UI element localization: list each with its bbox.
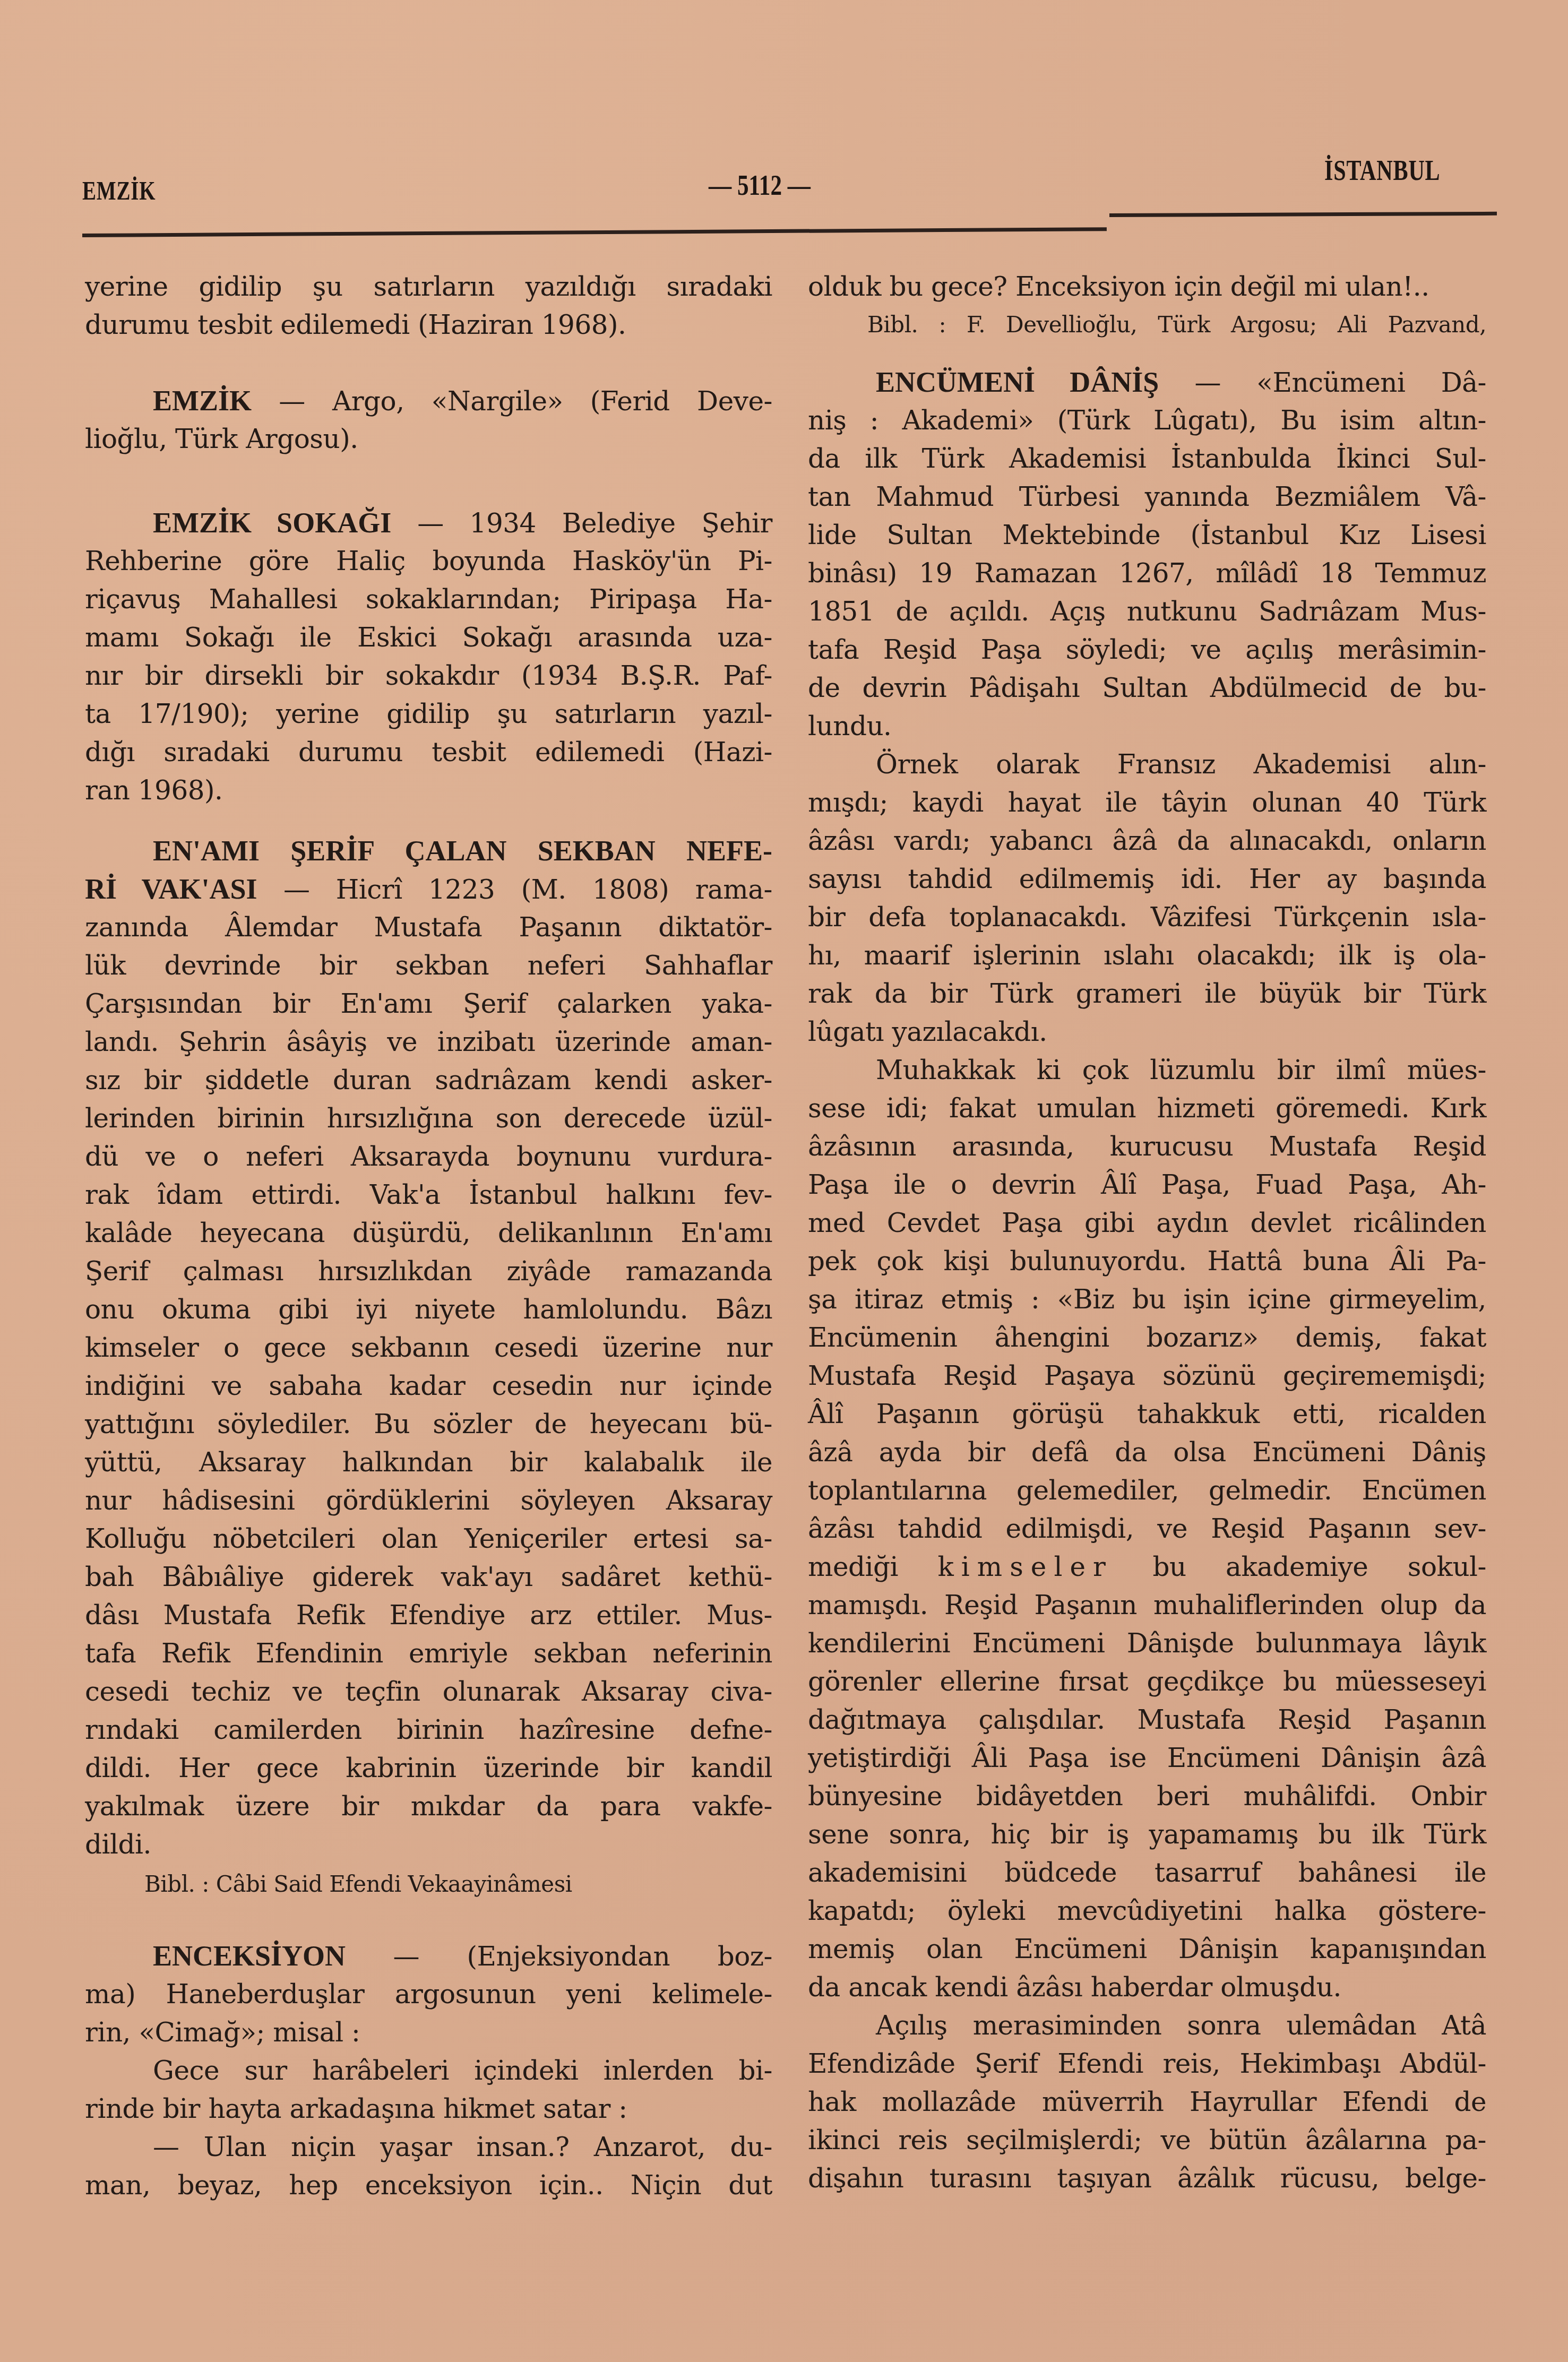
text-fragment: binâsı) 19 Ramazan 1267, mîlâdî 18 Temmu… xyxy=(808,558,1486,589)
entry-title: ENCÜMENİ DÂNİŞ xyxy=(876,366,1159,398)
text-fragment: Muhakkak ki çok lüzumlu bir ilmî mües- xyxy=(876,1055,1486,1085)
text-line: riçavuş Mahallesi sokaklarından; Piripaş… xyxy=(85,583,772,615)
text-fragment: görenler ellerine fırsat geçdikçe bu müe… xyxy=(808,1666,1486,1697)
text-fragment: bah Bâbıâliye giderek vak'ayı sadâret ke… xyxy=(85,1562,772,1592)
entry-title: EMZİK SOKAĞI xyxy=(153,507,391,539)
text-fragment: man, beyaz, hep enceksiyon için.. Niçin … xyxy=(85,2170,772,2201)
text-fragment: ran 1968). xyxy=(85,775,222,806)
text-fragment: Açılış merasiminden sonra ulemâdan Atâ xyxy=(876,2010,1486,2041)
text-line: dağıtmaya çalışdılar. Mustafa Reşid Paşa… xyxy=(808,1704,1486,1736)
text-line: lide Sultan Mektebinde (İstanbul Kız Lis… xyxy=(808,519,1486,551)
entry-heading-line: Rİ VAK'ASI — Hicrî 1223 (M. 1808) rama- xyxy=(85,873,772,905)
text-fragment: ma) Haneberduşlar argosunun yeni kelimel… xyxy=(85,1979,772,2010)
text-line: âzâsının arasında, kurucusu Mustafa Reşi… xyxy=(808,1131,1486,1162)
text-fragment: tafa Reşid Paşa söyledi; ve açılış merâs… xyxy=(808,634,1486,665)
running-head-right: İSTANBUL xyxy=(1324,154,1440,187)
text-line: — Ulan niçin yaşar insan.? Anzarot, du- xyxy=(85,2131,772,2163)
bibliography-line: Bibl. : F. Devellioğlu, Türk Argosu; Ali… xyxy=(808,309,1486,341)
text-fragment: Efendizâde Şerif Efendi reis, Hekimbaşı … xyxy=(808,2048,1486,2079)
text-fragment: Âlî Paşanın görüşü tahakkuk etti, ricald… xyxy=(808,1399,1486,1429)
text-line: bah Bâbıâliye giderek vak'ayı sadâret ke… xyxy=(85,1561,772,1593)
text-fragment: Rehberine göre Haliç boyunda Hasköy'ün P… xyxy=(85,546,772,576)
text-fragment: rak îdam ettirdi. Vak'a İstanbul halkını… xyxy=(85,1179,772,1210)
text-fragment: yattığını söylediler. Bu sözler de heyec… xyxy=(85,1409,772,1439)
text-fragment: dığı sıradaki durumu tesbit edilemedi (H… xyxy=(85,737,772,768)
text-line: ran 1968). xyxy=(85,774,772,806)
text-fragment: bir defa toplanacakdı. Vâzifesi Türkçeni… xyxy=(808,902,1486,933)
text-line: yetiştirdiği Âli Paşa ise Encümeni Dâniş… xyxy=(808,1742,1486,1774)
text-fragment: onu okuma gibi iyi niyete hamlolundu. Bâ… xyxy=(85,1294,772,1325)
text-fragment: ta 17/190); yerine gidilip şu satırların… xyxy=(85,699,772,729)
text-line: sız bir şiddetle duran sadrıâzam kendi a… xyxy=(85,1064,772,1096)
text-line: zanında Âlemdar Mustafa Paşanın diktatör… xyxy=(85,911,772,943)
text-line: lundu. xyxy=(808,710,1486,742)
text-line: olduk bu gece? Enceksiyon için değil mi … xyxy=(808,271,1486,303)
text-line: Rehberine göre Haliç boyunda Hasköy'ün P… xyxy=(85,545,772,577)
text-fragment: mışdı; kaydi hayat ile tâyin olunan 40 T… xyxy=(808,787,1486,818)
text-line: Âlî Paşanın görüşü tahakkuk etti, ricald… xyxy=(808,1398,1486,1430)
text-line: âzâsı vardı; yabancı âzâ da alınacakdı, … xyxy=(808,825,1486,857)
text-line: kapatdı; öyleki mevcûdiyetini halka göst… xyxy=(808,1895,1486,1927)
running-head-left: EMZİK xyxy=(82,175,156,206)
text-line: yüttü, Aksaray halkından bir kalabalık i… xyxy=(85,1446,772,1478)
text-fragment: Şerif çalması hırsızlıkdan ziyâde ramaza… xyxy=(85,1256,772,1287)
entry-title: ENCEKSİYON xyxy=(153,1940,346,1972)
text-fragment: Bibl. : F. Devellioğlu, Türk Argosu; Ali… xyxy=(867,312,1486,338)
text-fragment: akademisini büdcede tasarruf bahânesi il… xyxy=(808,1857,1486,1888)
text-fragment: hı, maarif işlerinin ıslahı olacakdı; il… xyxy=(808,940,1486,971)
text-fragment: dişahın turasını taşıyan âzâlık rücusu, … xyxy=(808,2163,1486,2194)
text-line: akademisini büdcede tasarruf bahânesi il… xyxy=(808,1857,1486,1889)
text-fragment: rındaki camilerden birinin hazîresine de… xyxy=(85,1714,772,1745)
text-fragment: yetiştirdiği Âli Paşa ise Encümeni Dâniş… xyxy=(808,1743,1486,1773)
text-line: bünyesine bidâyetden beri muhâlifdi. Onb… xyxy=(808,1780,1486,1812)
text-line: memiş olan Encümeni Dânişin kapanışından xyxy=(808,1933,1486,1965)
text-fragment: cesedi techiz ve teçfin olunarak Aksaray… xyxy=(85,1676,772,1707)
text-line: rinde bir hayta arkadaşına hikmet satar … xyxy=(85,2093,772,2125)
text-fragment: Çarşısından bir En'amı Şerif çalarken ya… xyxy=(85,988,772,1019)
text-line: âzâ ayda bir defâ da olsa Encümeni Dâniş xyxy=(808,1436,1486,1468)
text-fragment: dü ve o neferi Aksarayda boynunu vurdura… xyxy=(85,1141,772,1172)
text-fragment: yakılmak üzere bir mıkdar da para vakfe- xyxy=(85,1791,772,1822)
text-line: sese idi; fakat umulan hizmeti göremedi.… xyxy=(808,1092,1486,1124)
text-line: 1851 de açıldı. Açış nutkunu Sadrıâzam M… xyxy=(808,596,1486,627)
text-line: mamışdı. Reşid Paşanın muhaliflerinden o… xyxy=(808,1589,1486,1621)
text-line: cesedi techiz ve teçfin olunarak Aksaray… xyxy=(85,1676,772,1708)
text-line: sayısı tahdid edilmemiş idi. Her ay başı… xyxy=(808,863,1486,895)
entry-heading-line: ENCEKSİYON — (Enjeksiyondan boz- xyxy=(85,1940,772,1972)
text-fragment: bu akademiye sokul- xyxy=(1113,1551,1486,1582)
text-fragment: Kolluğu nöbetcileri olan Yeniçeriler ert… xyxy=(85,1523,772,1554)
text-fragment: — (Enjeksiyondan boz- xyxy=(346,1941,772,1972)
text-line: şa itiraz etmiş : «Biz bu işin içine gir… xyxy=(808,1283,1486,1315)
entry-heading-line: EN'AMI ŞERİF ÇALAN SEKBAN NEFE- xyxy=(85,835,772,867)
text-fragment: zanında Âlemdar Mustafa Paşanın diktatör… xyxy=(85,912,772,943)
text-fragment: med Cevdet Paşa gibi aydın devlet ricâli… xyxy=(808,1208,1486,1238)
text-line: bir defa toplanacakdı. Vâzifesi Türkçeni… xyxy=(808,901,1486,933)
text-line: dâsı Mustafa Refik Efendiye arz ettiler.… xyxy=(85,1599,772,1631)
text-line: Efendizâde Şerif Efendi reis, Hekimbaşı … xyxy=(808,2048,1486,2080)
text-fragment: tafa Refik Efendinin emriyle sekban nefe… xyxy=(85,1638,772,1669)
text-line: durumu tesbit edilemedi (Haziran 1968). xyxy=(85,309,772,341)
text-fragment: Gece sur harâbeleri içindeki inlerden bi… xyxy=(153,2055,772,2086)
text-line: toplantılarına gelemediler, gelmedir. En… xyxy=(808,1475,1486,1506)
text-fragment: ikinci reis seçilmişlerdi; ve bütün âzâl… xyxy=(808,2125,1486,2156)
text-fragment: kalâde heyecana düşürdü, delikanlının En… xyxy=(85,1218,772,1248)
text-fragment: âzâsı vardı; yabancı âzâ da alınacakdı, … xyxy=(808,825,1486,856)
text-fragment: — «Encümeni Dâ- xyxy=(1159,367,1486,398)
text-fragment: âzâsının arasında, kurucusu Mustafa Reşi… xyxy=(808,1131,1486,1162)
bibliography-line: Bibl. : Câbi Said Efendi Vekaayinâmesi xyxy=(85,1868,772,1900)
text-line: tan Mahmud Türbesi yanında Bezmiâlem Vâ- xyxy=(808,481,1486,513)
text-line: Çarşısından bir En'amı Şerif çalarken ya… xyxy=(85,988,772,1020)
emphasized-spaced-word: kimseler xyxy=(937,1551,1113,1582)
text-fragment: Paşa ile o devrin Âlî Paşa, Fuad Paşa, A… xyxy=(808,1169,1486,1200)
text-line: nır bir dirsekli bir sokakdır (1934 B.Ş.… xyxy=(85,660,772,692)
text-fragment: sese idi; fakat umulan hizmeti göremedi.… xyxy=(808,1093,1486,1124)
text-fragment: — Argo, «Nargile» (Ferid Deve- xyxy=(252,386,772,417)
text-fragment: yerine gidilip şu satırların yazıldığı s… xyxy=(85,271,772,302)
text-line: yakılmak üzere bir mıkdar da para vakfe- xyxy=(85,1790,772,1822)
text-fragment: sız bir şiddetle duran sadrıâzam kendi a… xyxy=(85,1065,772,1096)
text-fragment: rak da bir Türk grameri ile büyük bir Tü… xyxy=(808,978,1486,1009)
text-fragment: dâsı Mustafa Refik Efendiye arz ettiler.… xyxy=(85,1600,772,1631)
text-fragment: pek çok kişi bulunuyordu. Hattâ buna Âli… xyxy=(808,1246,1486,1277)
text-line: yerine gidilip şu satırların yazıldığı s… xyxy=(85,271,772,303)
text-line: binâsı) 19 Ramazan 1267, mîlâdî 18 Temmu… xyxy=(808,557,1486,589)
text-line: lük devrinde bir sekban neferi Sahhaflar xyxy=(85,950,772,981)
text-fragment: kendilerini Encümeni Dânişde bulunmaya l… xyxy=(808,1628,1486,1659)
text-fragment: lerinden birinin hırsızlığına son derece… xyxy=(85,1103,772,1134)
text-line: Muhakkak ki çok lüzumlu bir ilmî mües- xyxy=(808,1054,1486,1086)
text-fragment: lûgatı yazılacakdı. xyxy=(808,1016,1047,1047)
text-fragment: rinde bir hayta arkadaşına hikmet satar … xyxy=(85,2093,627,2124)
text-fragment: Encümenin âhengini bozarız» demiş, fakat xyxy=(808,1322,1486,1353)
text-fragment: dağıtmaya çalışdılar. Mustafa Reşid Paşa… xyxy=(808,1704,1486,1735)
text-line: pek çok kişi bulunuyordu. Hattâ buna Âli… xyxy=(808,1245,1486,1277)
entry-heading-line: EMZİK — Argo, «Nargile» (Ferid Deve- xyxy=(85,385,772,417)
text-fragment: dildi. xyxy=(85,1829,151,1860)
text-line: landı. Şehrin âsâyiş ve inzibatı üzerind… xyxy=(85,1026,772,1058)
text-fragment: indiğini ve sabaha kadar cesedin nur içi… xyxy=(85,1370,772,1401)
text-line: rak îdam ettirdi. Vak'a İstanbul halkını… xyxy=(85,1179,772,1211)
text-line: görenler ellerine fırsat geçdikçe bu müe… xyxy=(808,1666,1486,1697)
text-fragment: olduk bu gece? Enceksiyon için değil mi … xyxy=(808,271,1429,302)
text-fragment: toplantılarına gelemediler, gelmedir. En… xyxy=(808,1475,1486,1506)
text-fragment: hak mollazâde müverrih Hayrullar Efendi … xyxy=(808,2087,1486,2117)
text-line: nur hâdisesini gördüklerini söyleyen Aks… xyxy=(85,1485,772,1516)
text-line: ma) Haneberduşlar argosunun yeni kelimel… xyxy=(85,1978,772,2010)
text-line: onu okuma gibi iyi niyete hamlolundu. Bâ… xyxy=(85,1294,772,1325)
page-number: — 5112 — xyxy=(709,169,811,202)
text-fragment: Mustafa Reşid Paşaya sözünü geçirememişd… xyxy=(808,1360,1486,1391)
text-line: dığı sıradaki durumu tesbit edilemedi (H… xyxy=(85,736,772,768)
text-fragment: tan Mahmud Türbesi yanında Bezmiâlem Vâ- xyxy=(808,481,1486,512)
text-fragment: lide Sultan Mektebinde (İstanbul Kız Lis… xyxy=(808,520,1486,550)
text-line: tafa Refik Efendinin emriyle sekban nefe… xyxy=(85,1637,772,1669)
header-rule-right xyxy=(1109,212,1497,217)
text-line: âzâsı tahdid edilmişdi, ve Reşid Paşanın… xyxy=(808,1513,1486,1545)
text-line: dü ve o neferi Aksarayda boynunu vurdura… xyxy=(85,1141,772,1173)
text-fragment: memiş olan Encümeni Dânişin kapanışından xyxy=(808,1934,1486,1964)
text-line: Örnek olarak Fransız Akademisi alın- xyxy=(808,748,1486,780)
text-fragment: riçavuş Mahallesi sokaklarından; Piripaş… xyxy=(85,584,772,615)
text-fragment: kimseler o gece sekbanın cesedi üzerine … xyxy=(85,1332,772,1363)
text-line: Encümenin âhengini bozarız» demiş, fakat xyxy=(808,1322,1486,1354)
text-fragment: mamı Sokağı ile Eskici Sokağı arasında u… xyxy=(85,622,772,653)
text-fragment: nur hâdisesini gördüklerini söyleyen Aks… xyxy=(85,1485,772,1516)
text-line: Paşa ile o devrin Âlî Paşa, Fuad Paşa, A… xyxy=(808,1169,1486,1201)
text-line: Kolluğu nöbetcileri olan Yeniçeriler ert… xyxy=(85,1523,772,1555)
encyclopedia-page: EMZİK — 5112 — İSTANBUL yerine gidilip ş… xyxy=(0,0,1568,2362)
text-fragment: şa itiraz etmiş : «Biz bu işin içine gir… xyxy=(808,1284,1486,1315)
text-line: rin, «Cimağ»; misal : xyxy=(85,2016,772,2048)
text-fragment: âzâsı tahdid edilmişdi, ve Reşid Paşanın… xyxy=(808,1513,1486,1544)
text-fragment: da ilk Türk Akademisi İstanbulda İkinci … xyxy=(808,443,1486,474)
text-line: rındaki camilerden birinin hazîresine de… xyxy=(85,1714,772,1746)
text-line: niş : Akademi» (Türk Lûgatı), Bu isim al… xyxy=(808,404,1486,436)
text-line: indiğini ve sabaha kadar cesedin nur içi… xyxy=(85,1370,772,1402)
text-line: Şerif çalması hırsızlıkdan ziyâde ramaza… xyxy=(85,1255,772,1287)
text-line: rak da bir Türk grameri ile büyük bir Tü… xyxy=(808,978,1486,1010)
text-line: tafa Reşid Paşa söyledi; ve açılış merâs… xyxy=(808,634,1486,666)
text-fragment: landı. Şehrin âsâyiş ve inzibatı üzerind… xyxy=(85,1027,772,1057)
text-line: da ilk Türk Akademisi İstanbulda İkinci … xyxy=(808,443,1486,475)
text-fragment: durumu tesbit edilemedi (Haziran 1968). xyxy=(85,309,626,340)
text-line: da ancak kendi âzâsı haberdar olmuşdu. xyxy=(808,1971,1486,2003)
text-line: kalâde heyecana düşürdü, delikanlının En… xyxy=(85,1217,772,1249)
text-line: Açılış merasiminden sonra ulemâdan Atâ xyxy=(808,2010,1486,2041)
text-line: ta 17/190); yerine gidilip şu satırların… xyxy=(85,698,772,730)
text-fragment: de devrin Pâdişahı Sultan Abdülmecid de … xyxy=(808,673,1486,703)
text-line: yattığını söylediler. Bu sözler de heyec… xyxy=(85,1408,772,1440)
text-line: lerinden birinin hırsızlığına son derece… xyxy=(85,1102,772,1134)
text-fragment: da ancak kendi âzâsı haberdar olmuşdu. xyxy=(808,1972,1341,2003)
text-fragment: lioğlu, Türk Argosu). xyxy=(85,424,358,454)
text-line: mediği kimseler bu akademiye sokul- xyxy=(808,1551,1486,1583)
entry-heading-line: EMZİK SOKAĞI — 1934 Belediye Şehir xyxy=(85,507,772,539)
text-line: dildi. xyxy=(85,1829,772,1860)
text-fragment: lundu. xyxy=(808,711,892,742)
text-fragment: Bibl. : Câbi Said Efendi Vekaayinâmesi xyxy=(144,1871,572,1897)
text-line: kimseler o gece sekbanın cesedi üzerine … xyxy=(85,1332,772,1364)
text-fragment: niş : Akademi» (Türk Lûgatı), Bu isim al… xyxy=(808,405,1486,436)
text-line: kendilerini Encümeni Dânişde bulunmaya l… xyxy=(808,1627,1486,1659)
text-line: med Cevdet Paşa gibi aydın devlet ricâli… xyxy=(808,1207,1486,1239)
text-fragment: lük devrinde bir sekban neferi Sahhaflar xyxy=(85,950,772,981)
text-line: Mustafa Reşid Paşaya sözünü geçirememişd… xyxy=(808,1360,1486,1392)
text-fragment: yüttü, Aksaray halkından bir kalabalık i… xyxy=(85,1447,772,1478)
text-fragment: bünyesine bidâyetden beri muhâlifdi. Onb… xyxy=(808,1781,1486,1812)
text-line: man, beyaz, hep enceksiyon için.. Niçin … xyxy=(85,2169,772,2201)
text-line: ikinci reis seçilmişlerdi; ve bütün âzâl… xyxy=(808,2124,1486,2156)
text-fragment: Örnek olarak Fransız Akademisi alın- xyxy=(876,749,1486,780)
text-fragment: — Hicrî 1223 (M. 1808) rama- xyxy=(257,874,772,905)
text-line: hak mollazâde müverrih Hayrullar Efendi … xyxy=(808,2086,1486,2118)
text-fragment: — 1934 Belediye Şehir xyxy=(391,508,772,539)
entry-heading-line: ENCÜMENİ DÂNİŞ — «Encümeni Dâ- xyxy=(808,366,1486,398)
text-line: mışdı; kaydi hayat ile tâyin olunan 40 T… xyxy=(808,787,1486,818)
text-fragment: rin, «Cimağ»; misal : xyxy=(85,2017,360,2048)
entry-title: EN'AMI ŞERİF ÇALAN SEKBAN NEFE- xyxy=(153,835,772,867)
text-line: hı, maarif işlerinin ıslahı olacakdı; il… xyxy=(808,939,1486,971)
text-fragment: — Ulan niçin yaşar insan.? Anzarot, du- xyxy=(153,2132,772,2162)
text-fragment: sayısı tahdid edilmemiş idi. Her ay başı… xyxy=(808,864,1486,894)
text-line: dildi. Her gece kabrinin üzerinde bir ka… xyxy=(85,1752,772,1784)
text-fragment: mamışdı. Reşid Paşanın muhaliflerinden o… xyxy=(808,1590,1486,1620)
text-fragment: dildi. Her gece kabrinin üzerinde bir ka… xyxy=(85,1753,772,1783)
text-line: dişahın turasını taşıyan âzâlık rücusu, … xyxy=(808,2162,1486,2194)
entry-title: EMZİK xyxy=(153,385,252,417)
text-line: lioğlu, Türk Argosu). xyxy=(85,423,772,455)
text-fragment: mediği xyxy=(808,1551,937,1582)
text-line: Gece sur harâbeleri içindeki inlerden bi… xyxy=(85,2055,772,2087)
text-line: lûgatı yazılacakdı. xyxy=(808,1016,1486,1048)
text-line: de devrin Pâdişahı Sultan Abdülmecid de … xyxy=(808,672,1486,704)
text-fragment: 1851 de açıldı. Açış nutkunu Sadrıâzam M… xyxy=(808,596,1486,627)
header-rule-left xyxy=(82,227,1107,237)
text-fragment: sene sonra, hiç bir iş yapamamış bu ilk … xyxy=(808,1819,1486,1850)
text-fragment: nır bir dirsekli bir sokakdır (1934 B.Ş.… xyxy=(85,660,772,691)
text-fragment: âzâ ayda bir defâ da olsa Encümeni Dâniş xyxy=(808,1437,1486,1468)
entry-title: Rİ VAK'ASI xyxy=(85,873,257,905)
text-line: mamı Sokağı ile Eskici Sokağı arasında u… xyxy=(85,622,772,653)
text-fragment: kapatdı; öyleki mevcûdiyetini halka göst… xyxy=(808,1895,1486,1926)
text-line: sene sonra, hiç bir iş yapamamış bu ilk … xyxy=(808,1818,1486,1850)
